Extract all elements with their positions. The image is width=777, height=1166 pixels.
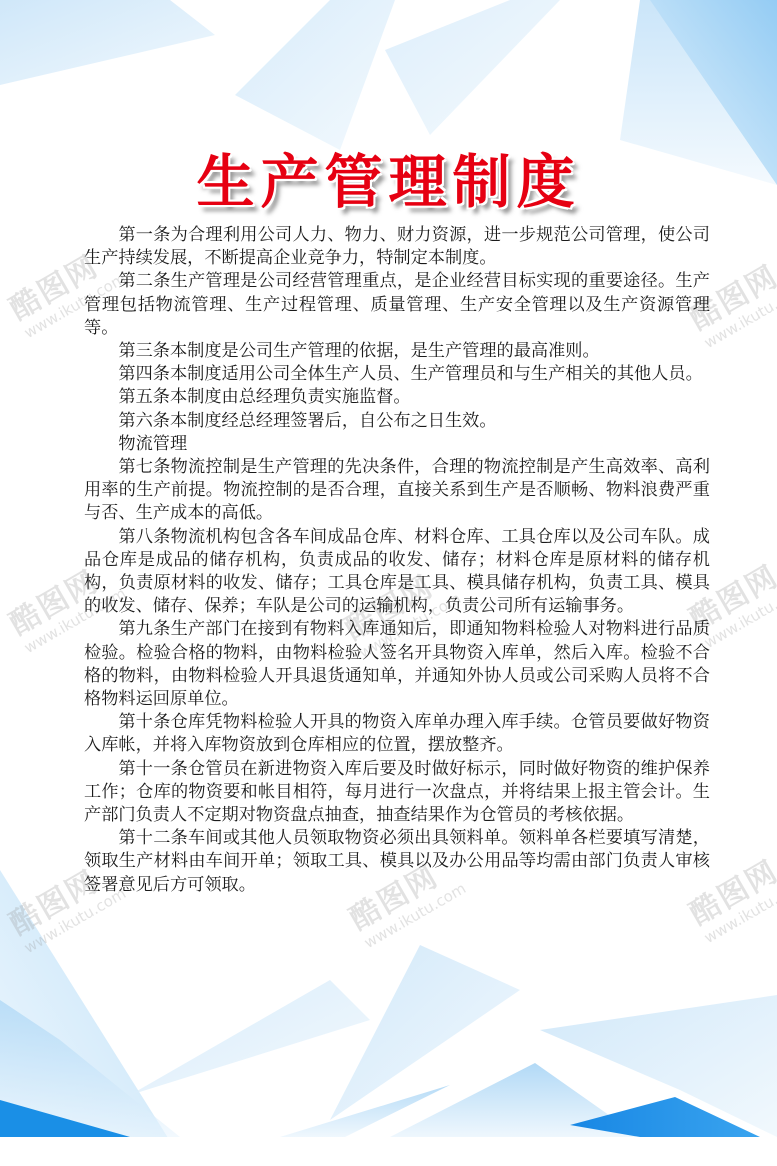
- document-body: 第一条为合理利用公司人力、物力、财力资源，进一步规范公司管理，使公司生产持续发展…: [84, 224, 710, 897]
- article-3: 第三条本制度是公司生产管理的依据，是生产管理的最高准则。: [84, 340, 710, 363]
- article-10: 第十条仓库凭物料检验人开具的物资入库单办理入库手续。仓管员要做好物资入库帐，并将…: [84, 711, 710, 757]
- article-12: 第十二条车间或其他人员领取物资必须出具领料单。领料单各栏要填写清楚，领取生产材料…: [84, 827, 710, 897]
- document-title: 生产管理制度: [0, 135, 777, 219]
- article-5: 第五条本制度由总经理负责实施监督。: [84, 386, 710, 409]
- article-6: 第六条本制度经总经理签署后，自公布之日生效。: [84, 410, 710, 433]
- article-11: 第十一条仓管员在新进物资入库后要及时做好标示，同时做好物资的维护保养工作；仓库的…: [84, 758, 710, 828]
- section-heading-logistics: 物流管理: [84, 433, 710, 456]
- article-8: 第八条物流机构包含各车间成品仓库、材料仓库、工具仓库以及公司车队。成品仓库是成品…: [84, 526, 710, 619]
- article-7: 第七条物流控制是生产管理的先决条件，合理的物流控制是产生高效率、高利用率的生产前…: [84, 456, 710, 526]
- article-4: 第四条本制度适用公司全体生产人员、生产管理员和与生产相关的其他人员。: [84, 363, 710, 386]
- article-2: 第二条生产管理是公司经营管理重点，是企业经营目标实现的重要途径。生产管理包括物流…: [84, 270, 710, 340]
- article-1: 第一条为合理利用公司人力、物力、财力资源，进一步规范公司管理，使公司生产持续发展…: [84, 224, 710, 270]
- article-9: 第九条生产部门在接到有物料入库通知后，即通知物料检验人对物料进行品质检验。检验合…: [84, 618, 710, 711]
